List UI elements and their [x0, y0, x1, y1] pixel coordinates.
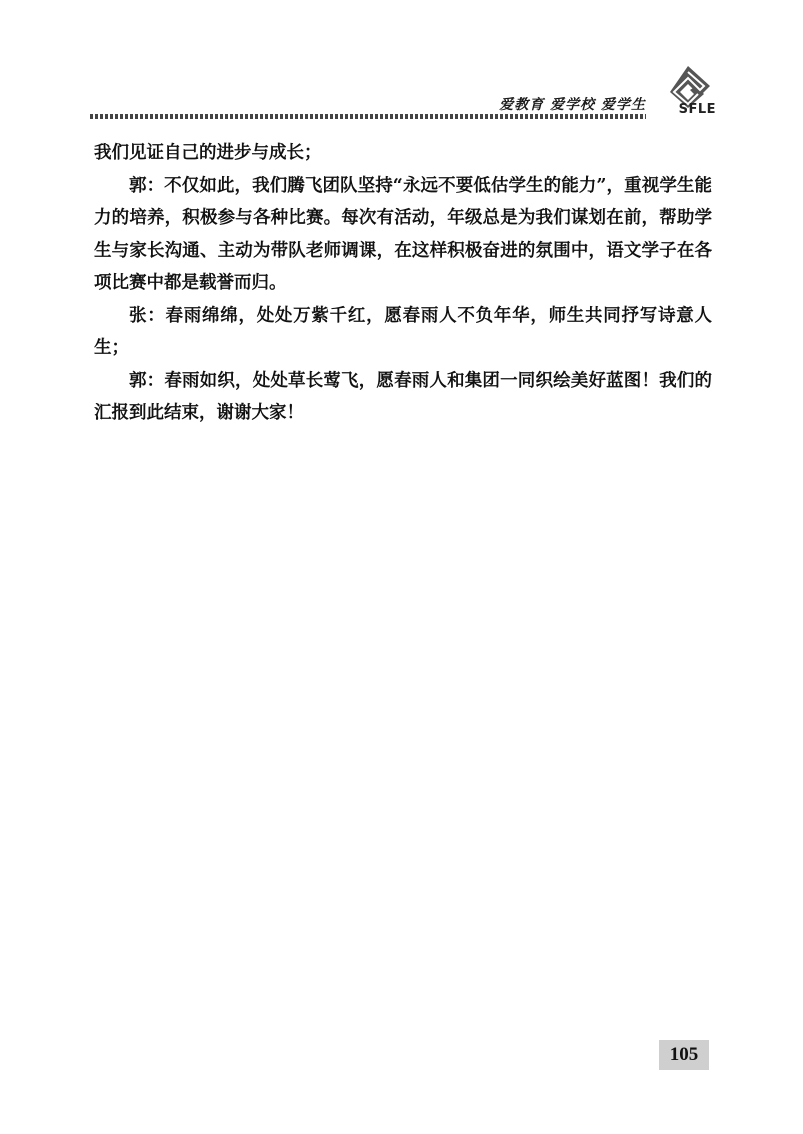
logo-text: SFLE: [679, 102, 716, 117]
paragraph: 郭：不仅如此，我们腾飞团队坚持“永远不要低估学生的能力”，重视学生能力的培养，积…: [94, 170, 712, 300]
header-motto: 爱教育 爱学校 爱学生: [499, 94, 646, 114]
page-header: 爱教育 爱学校 爱学生 SFLE: [88, 60, 718, 120]
body-text: 我们见证自己的进步与成长； 郭：不仅如此，我们腾飞团队坚持“永远不要低估学生的能…: [94, 137, 712, 430]
paragraph: 我们见证自己的进步与成长；: [94, 137, 712, 170]
paragraph: 郭：春雨如织，处处草长莺飞，愿春雨人和集团一同织绘美好蓝图！我们的汇报到此结束，…: [94, 365, 712, 430]
paragraph: 张：春雨绵绵，处处万紫千红，愿春雨人不负年华，师生共同抒写诗意人生；: [94, 300, 712, 365]
page-number: 105: [659, 1040, 709, 1070]
header-dotted-rule: [90, 114, 646, 119]
